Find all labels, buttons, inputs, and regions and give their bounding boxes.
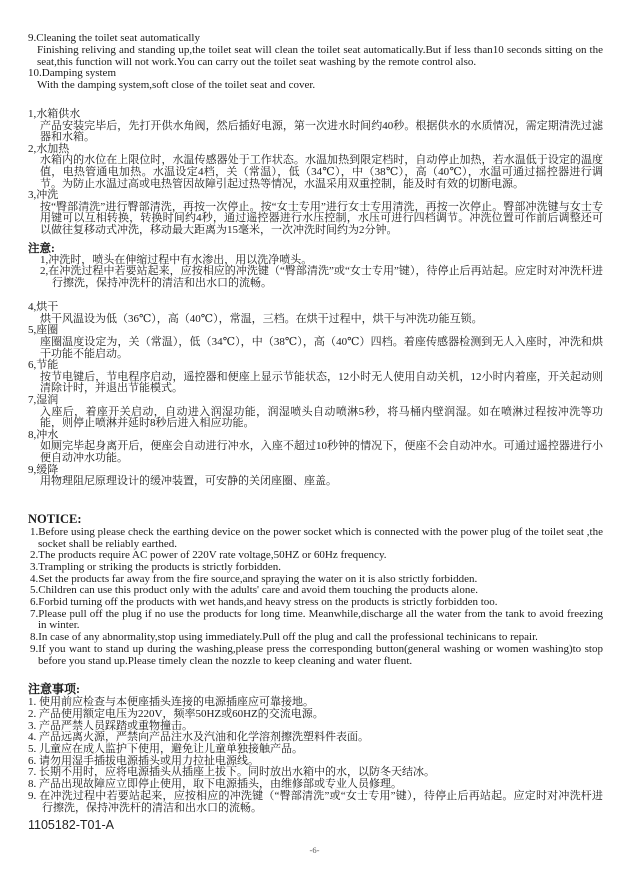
feature-item: 7,湿润 入座后，着座开关启动，自动进入润湿功能，润湿喷头自动喷淋5秒，将马桶内… (28, 395, 603, 430)
page-number: -6- (0, 845, 629, 855)
feature-item: 2,水加热 水箱内的水位在上限位时，水温传感器处于工作状态。水温加热到限定档时，… (28, 144, 603, 190)
notice-item: 6.Forbid turning off the products with w… (30, 597, 603, 609)
chinese-features-section-2: 4,烘干 烘干风温设为低（36℃），高（40℃），常温，三档。在烘干过程中，烘干… (28, 302, 603, 488)
feature-body: 入座后，着座开关启动，自动进入润湿功能，润湿喷头自动喷淋5秒，将马桶内壁润湿。如… (28, 407, 603, 430)
caution-item: 2. 产品使用额定电压为220V，频率50HZ或60HZ的交流电源。 (28, 709, 603, 721)
notice-item: 1.Before using please check the earthing… (30, 527, 603, 550)
feature-item: 3,冲洗 按“臀部清洗”进行臀部清洗，再按一次停止。按“女士专用”进行女士专用清… (28, 190, 603, 236)
feature-body: With the damping system,soft close of th… (28, 80, 603, 92)
caution-heading: 注意事项: (28, 683, 603, 696)
note-heading: 注意: (28, 243, 603, 255)
feature-body: 产品安装完毕后，先打开供水角阀，然后插好电源，第一次进水时间约40秒。根据供水的… (28, 121, 603, 144)
note-item: 2,在冲洗过程中若要站起来，应按相应的冲洗键（“臀部清洗”或“女士专用”键），待… (40, 266, 603, 289)
feature-body: 按节电键后，节电程序启动，遥控器和便座上显示节能状态，12小时无人使用自动关机，… (28, 372, 603, 395)
notice-item: 3.Trampling or striking the products is … (30, 562, 603, 574)
notice-item: 7.Please pull off the plug if no use the… (30, 609, 603, 632)
feature-title: 1,水箱供水 (28, 109, 603, 121)
notice-heading: NOTICE: (28, 512, 603, 526)
caution-item: 9. 在冲洗过程中若要站起来，应按相应的冲洗键（“臀部清洗”或“女士专用”键），… (28, 791, 603, 814)
feature-body: 水箱内的水位在上限位时，水温传感器处于工作状态。水温加热到限定档时，自动停止加热… (28, 155, 603, 190)
feature-body: Finishing reliving and standing up,the t… (28, 45, 603, 69)
notice-item: 9.If you want to stand up during the was… (30, 644, 603, 667)
feature-item: 6,节能 按节电键后，节电程序启动，遥控器和便座上显示节能状态，12小时无人使用… (28, 360, 603, 395)
notice-section: NOTICE: 1.Before using please check the … (28, 512, 603, 667)
chinese-features-section-1: 1,水箱供水 产品安装完毕后，先打开供水角阀，然后插好电源，第一次进水时间约40… (28, 109, 603, 237)
feature-body: 烘干风温设为低（36℃），高（40℃），常温，三档。在烘干过程中，烘干与冲洗功能… (28, 314, 603, 326)
feature-title: 7,湿润 (28, 395, 603, 407)
feature-body: 按“臀部清洗”进行臀部清洗，再按一次停止。按“女士专用”进行女士专用清洗，再按一… (28, 202, 603, 237)
feature-item: 4,烘干 烘干风温设为低（36℃），高（40℃），常温，三档。在烘干过程中，烘干… (28, 302, 603, 325)
english-features-section: 9.Cleaning the toilet seat automatically… (28, 33, 603, 92)
caution-item: 5. 儿童应在成人监护下使用，避免让儿童单独接触产品。 (28, 744, 603, 756)
feature-item: 9,缓降 用物理阻尼原理设计的缓冲装置，可安静的关闭座圈、座盖。 (28, 465, 603, 488)
document-code: 1105182-T01-A (28, 818, 114, 832)
feature-item: 8,冲水 如厕完毕起身离开后，便座会自动进行冲水，入座不超过10秒钟的情况下，便… (28, 430, 603, 465)
note-section: 注意: 1,冲洗时，喷头在伸缩过程中有水渗出，用以洗净喷头。 2,在冲洗过程中若… (28, 243, 603, 290)
feature-title: 3,冲洗 (28, 190, 603, 202)
feature-body: 座圈温度设定为，关（常温），低（34℃），中（38℃），高（40℃）四档。着座传… (28, 337, 603, 360)
feature-body: 用物理阻尼原理设计的缓冲装置，可安静的关闭座圈、座盖。 (28, 476, 603, 488)
feature-item: 5,座圈 座圈温度设定为，关（常温），低（34℃），中（38℃），高（40℃）四… (28, 325, 603, 360)
caution-section: 注意事项: 1. 使用前应检查与本便座插头连接的电源插座应可靠接地。 2. 产品… (28, 683, 603, 814)
manual-page: 9.Cleaning the toilet seat automatically… (0, 0, 629, 889)
feature-item: 1,水箱供水 产品安装完毕后，先打开供水角阀，然后插好电源，第一次进水时间约40… (28, 109, 603, 144)
feature-item: 9.Cleaning the toilet seat automatically… (28, 33, 603, 68)
feature-item: 10.Damping system With the damping syste… (28, 68, 603, 92)
feature-body: 如厕完毕起身离开后，便座会自动进行冲水，入座不超过10秒钟的情况下，便座不会自动… (28, 441, 603, 464)
